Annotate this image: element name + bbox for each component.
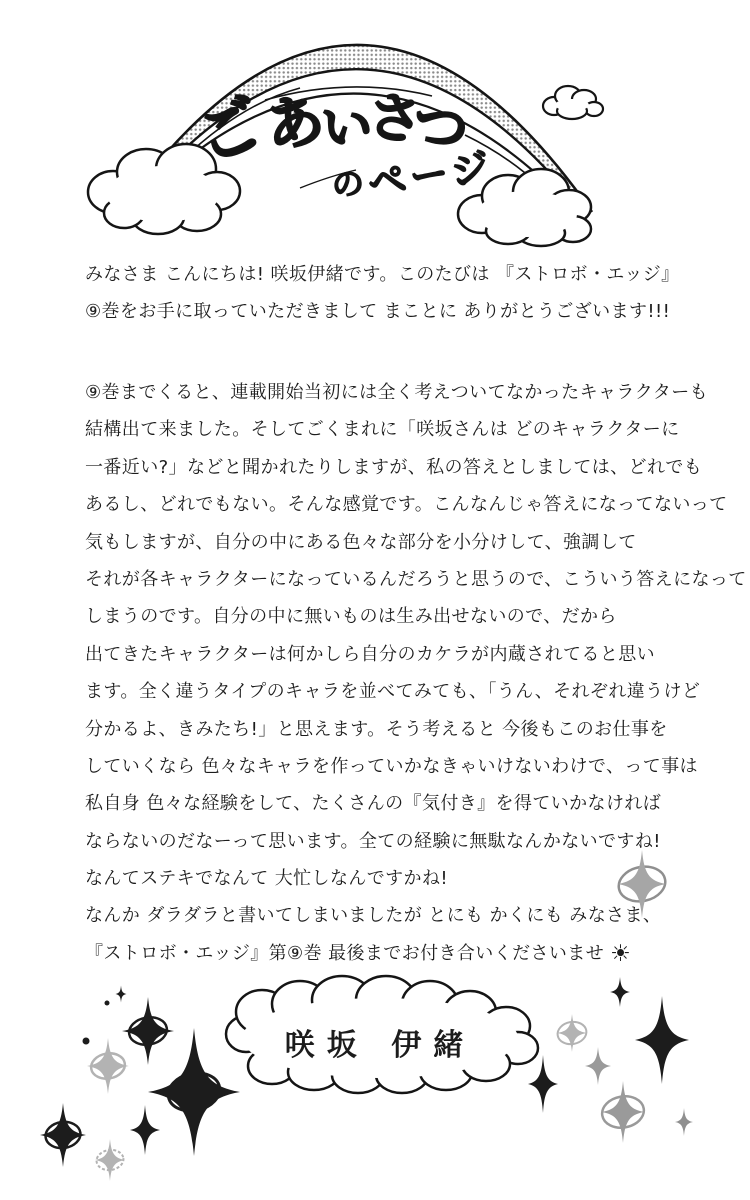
dot-icon <box>83 1038 90 1045</box>
body-line: なんか ダラダラと書いてしまいましたが とにも かくにも みなさま、 <box>85 897 705 934</box>
sun-icon: ☀ <box>610 941 631 967</box>
sparkle-icon <box>130 1105 160 1155</box>
sparkle-icon <box>528 1055 558 1113</box>
sparkle-icon <box>635 996 689 1084</box>
body-line: それが各キャラクターになっているんだろうと思うので、こういう答えになって <box>85 561 705 598</box>
sparkle-icon <box>675 1108 693 1136</box>
body-line: ます。全く違うタイプのキャラを並べてみても、「うん、それぞれ違うけど <box>85 673 705 710</box>
intro-paragraph: みなさま こんにちは! 咲坂伊緒です。このたびは 『ストロボ・エッジ』 ⑨巻をお… <box>85 256 705 331</box>
cloud-small-icon <box>543 86 603 119</box>
sparkle-cluster-left <box>40 986 240 1182</box>
body-line: しまうのです。自分の中に無いものは生み出せないので、だから <box>85 598 705 635</box>
title-char: あ <box>261 89 328 156</box>
body-line: 気もしますが、自分の中にある色々な部分を小分けして、強調して <box>85 524 705 561</box>
body-line: 私自身 色々な経験をして、たくさんの『気付き』を得ていかなければ <box>85 785 705 822</box>
sparkle-icon <box>95 1139 125 1181</box>
body-paragraph: ⑨巻までくると、連載開始当初には全く考えついてなかったキャラクターも 結構出て来… <box>85 374 705 972</box>
page: ご あ い さ つ の ページ みなさま こんにちは! 咲坂伊緒です。このたびは… <box>0 0 750 1200</box>
body-line-text: 『ストロボ・エッジ』第⑨巻 最後までお付き合いくださいませ <box>85 943 604 964</box>
sparkle-icon <box>585 1047 611 1085</box>
signature-name: 咲坂 伊緒 <box>240 1020 520 1064</box>
body-line: 分かるよ、きみたち!」と思えます。そう考えると 今後もこのお仕事を <box>85 711 705 748</box>
intro-line: みなさま こんにちは! 咲坂伊緒です。このたびは 『ストロボ・エッジ』 <box>85 256 705 293</box>
body-line: 一番近い?」などと聞かれたりしますが、私の答えとしましては、どれでも <box>85 449 705 486</box>
body-line: 出てきたキャラクターは何かしら自分のカケラが内蔵されてると思い <box>85 636 705 673</box>
body-line: 『ストロボ・エッジ』第⑨巻 最後までお付き合いくださいませ☀ <box>85 935 705 972</box>
body-line: あるし、どれでもない。そんな感覚です。こんなんじゃ答えになってないって <box>85 486 705 523</box>
sparkle-icon <box>116 986 127 1003</box>
sparkle-icon <box>610 977 630 1007</box>
body-line: していくなら 色々なキャラを作っていかなきゃいけないわけで、って事は <box>85 748 705 785</box>
sparkle-icon <box>122 997 174 1065</box>
body-line: ⑨巻までくると、連載開始当初には全く考えついてなかったキャラクターも <box>85 374 705 411</box>
page-subtitle-no: の <box>331 167 365 201</box>
body-line: 結構出て来ました。そしてごくまれに「咲坂さんは どのキャラクターに <box>85 411 705 448</box>
body-line: ならないのだなーって思います。全ての経験に無駄なんかないですね! <box>85 823 705 860</box>
sparkle-icon <box>40 1103 86 1167</box>
sparkle-icon <box>148 1028 240 1156</box>
body-line: なんてステキでなんて 大忙しなんですかね! <box>85 860 705 897</box>
dot-icon <box>105 1001 110 1006</box>
sparkle-icon <box>602 1081 644 1143</box>
intro-line: ⑨巻をお手に取っていただきまして まことに ありがとうございます!!! <box>85 293 705 330</box>
sparkle-icon <box>87 1038 129 1094</box>
sparkle-icon <box>557 1014 587 1052</box>
